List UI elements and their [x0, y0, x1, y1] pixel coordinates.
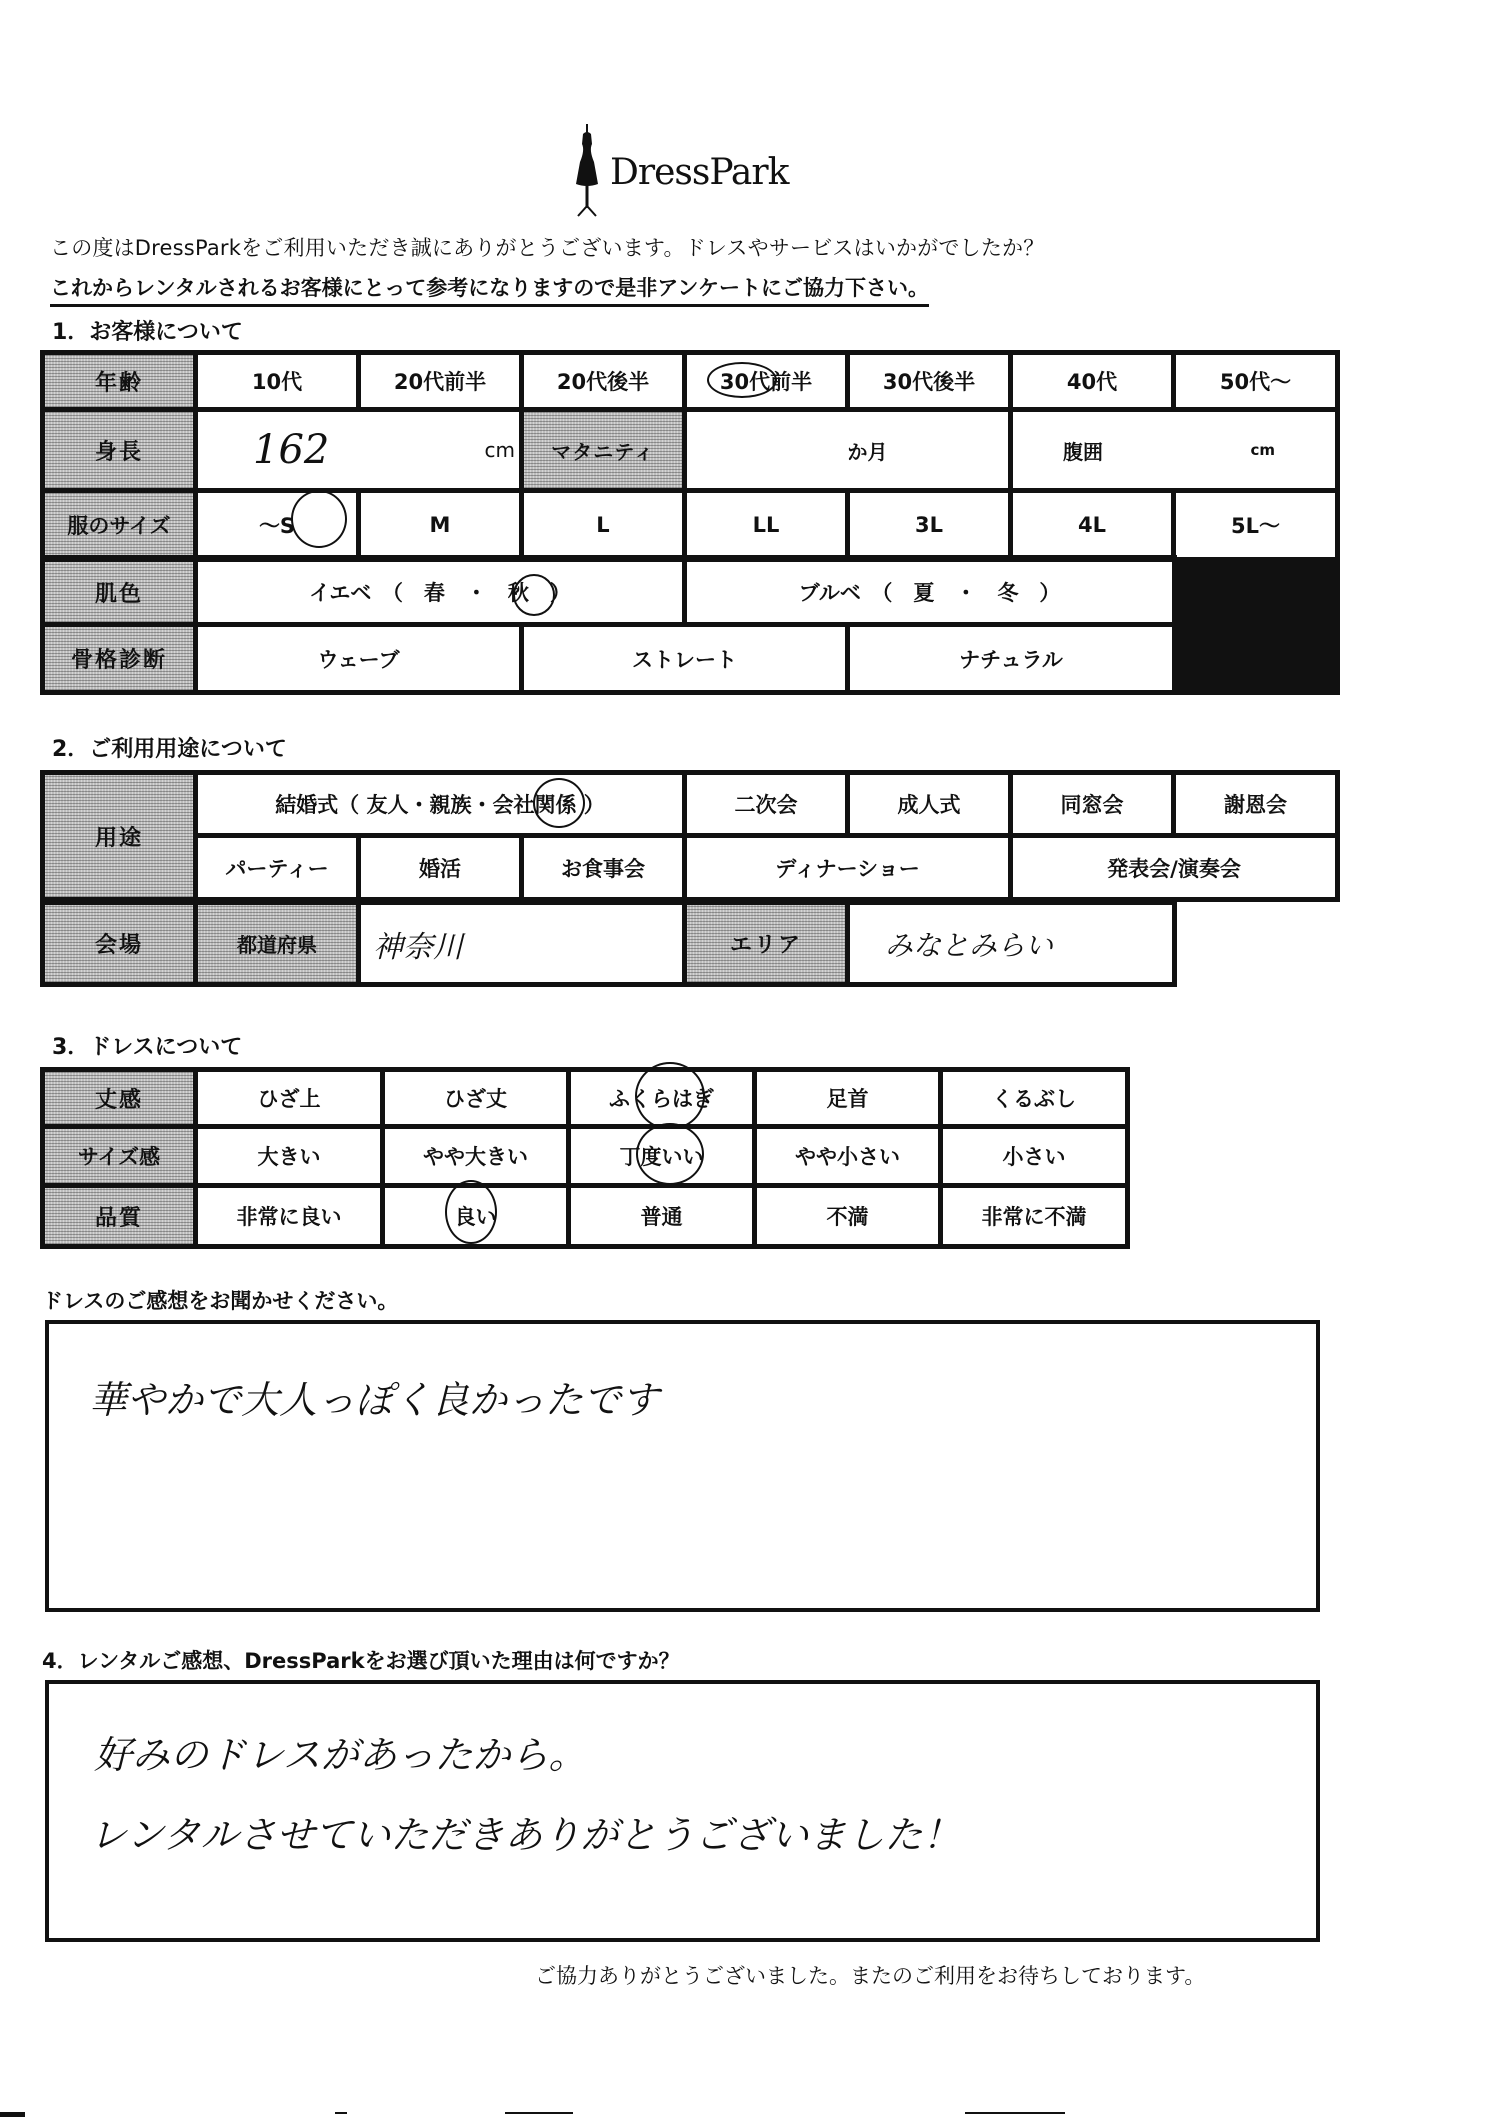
fit-option-slightly-small[interactable]: やや小さい — [757, 1129, 938, 1183]
quality-option-good[interactable]: 良い — [385, 1188, 566, 1244]
quality-option-average[interactable]: 普通 — [571, 1188, 752, 1244]
purpose-wedding[interactable]: 結婚式（ 友人・親族・会社関係 ） — [198, 775, 682, 833]
age-option-late-30s[interactable]: 30代後半 — [850, 355, 1008, 407]
skin-blue-base[interactable]: ブルベ （ 夏 ・ 冬 ） — [687, 562, 1172, 622]
waist-unit: cm — [1250, 441, 1275, 459]
fit-option-just-right[interactable]: 丁度いい — [571, 1129, 752, 1183]
length-label: 丈感 — [45, 1072, 193, 1124]
size-option-5l-plus[interactable]: 5L～ — [1176, 493, 1335, 557]
area-field[interactable]: みなとみらい — [850, 905, 1172, 982]
age-option-early-20s[interactable]: 20代前半 — [361, 355, 519, 407]
height-field[interactable]: 162 cm — [198, 412, 519, 488]
scan-artifact — [0, 2112, 25, 2117]
fit-option-large[interactable]: 大きい — [198, 1129, 380, 1183]
height-label: 身長 — [45, 412, 193, 488]
footer-thanks: ご協力ありがとうございました。またのご利用をお待ちしております。 — [535, 1960, 1205, 1990]
maternity-months-field[interactable]: か月 — [687, 412, 1008, 488]
section2-title: 2．ご利用用途について — [52, 732, 287, 763]
purpose-reunion[interactable]: 同窓会 — [1013, 775, 1171, 833]
reason-answer-line1: 好みのドレスがあったから。 — [94, 1724, 586, 1779]
fit-option-small[interactable]: 小さい — [943, 1129, 1125, 1183]
purpose-thank-you-party[interactable]: 謝恩会 — [1176, 775, 1335, 833]
reason-answer-line2: レンタルさせていただきありがとうございました！ — [89, 1804, 961, 1859]
skin-yellow-base[interactable]: イエベ （ 春 ・ 秋 ） — [198, 562, 682, 622]
section4-title: 4．レンタルご感想、DressParkをお選び頂いた理由は何ですか？ — [42, 1645, 680, 1675]
prefecture-label: 都道府県 — [198, 905, 356, 982]
dress-mannequin-icon — [570, 122, 604, 222]
quality-option-very-good[interactable]: 非常に良い — [198, 1188, 380, 1244]
length-option-malleolus[interactable]: くるぶし — [943, 1072, 1125, 1124]
size-option-l[interactable]: L — [524, 493, 682, 557]
age-label: 年齢 — [45, 355, 193, 407]
height-unit: cm — [485, 438, 515, 462]
purpose-dinner[interactable]: お食事会 — [524, 838, 682, 897]
quality-option-very-dissatisfied[interactable]: 非常に不満 — [943, 1188, 1125, 1244]
area-value: みなとみらい — [885, 924, 1053, 964]
age-option-40s[interactable]: 40代 — [1013, 355, 1171, 407]
skeleton-option-straight[interactable]: ストレート — [524, 627, 845, 690]
length-option-above-knee[interactable]: ひざ上 — [198, 1072, 380, 1124]
section1-title: 1．お客様について — [52, 315, 243, 346]
age-option-50s-plus[interactable]: 50代～ — [1176, 355, 1335, 407]
size-option-3l[interactable]: 3L — [850, 493, 1008, 557]
quality-label: 品質 — [45, 1188, 193, 1244]
intro-text: この度はDressParkをご利用いただき誠にありがとうございます。ドレスやサー… — [50, 232, 1044, 262]
impression-textbox[interactable]: 華やかで大人っぽく良かったです — [45, 1320, 1320, 1612]
waist-label: 腹囲 — [1063, 436, 1103, 465]
quality-option-dissatisfied[interactable]: 不満 — [757, 1188, 938, 1244]
waist-field[interactable]: 腹囲 cm — [1013, 412, 1335, 488]
scan-artifact — [505, 2112, 573, 2114]
brand-name: DressPark — [610, 152, 788, 193]
skin-label: 肌色 — [45, 562, 193, 622]
age-option-10s[interactable]: 10代 — [198, 355, 356, 407]
size-label: 服のサイズ — [45, 493, 193, 557]
skeleton-label: 骨格診断 — [45, 627, 193, 690]
scan-artifact — [965, 2112, 1065, 2114]
skeleton-option-wave[interactable]: ウェーブ — [198, 627, 519, 690]
size-option-m[interactable]: M — [361, 493, 519, 557]
fit-option-slightly-large[interactable]: やや大きい — [385, 1129, 566, 1183]
purpose-after-party[interactable]: 二次会 — [687, 775, 845, 833]
length-option-ankle[interactable]: 足首 — [757, 1072, 938, 1124]
age-option-late-20s[interactable]: 20代後半 — [524, 355, 682, 407]
purpose-coming-of-age[interactable]: 成人式 — [850, 775, 1008, 833]
age-option-early-30s[interactable]: 30代前半 — [687, 355, 845, 407]
impression-answer: 華やかで大人っぽく良かったです — [89, 1369, 659, 1424]
prefecture-field[interactable]: 神奈川 — [361, 905, 682, 982]
purpose-dinner-show[interactable]: ディナーショー — [687, 838, 1008, 897]
dresspark-logo: DressPark — [570, 122, 810, 222]
height-value: 162 — [253, 427, 329, 473]
prefecture-value: 神奈川 — [373, 922, 463, 966]
purpose-matchmaking[interactable]: 婚活 — [361, 838, 519, 897]
maternity-label: マタニティ — [524, 412, 682, 488]
size-option-4l[interactable]: 4L — [1013, 493, 1171, 557]
purpose-label: 用途 — [45, 775, 193, 897]
skeleton-option-natural[interactable]: ナチュラル — [850, 627, 1172, 690]
impression-prompt: ドレスのご感想をお聞かせください。 — [42, 1285, 398, 1315]
maternity-months-unit: か月 — [848, 436, 888, 465]
size-option-ll[interactable]: LL — [687, 493, 845, 557]
reason-textbox[interactable]: 好みのドレスがあったから。 レンタルさせていただきありがとうございました！ — [45, 1680, 1320, 1942]
venue-label: 会場 — [45, 905, 193, 982]
length-option-knee[interactable]: ひざ丈 — [385, 1072, 566, 1124]
fit-label: サイズ感 — [45, 1129, 193, 1183]
section3-title: 3．ドレスについて — [52, 1030, 242, 1061]
length-option-calf[interactable]: ふくらはぎ — [571, 1072, 752, 1124]
area-label: エリア — [687, 905, 845, 982]
purpose-recital[interactable]: 発表会/演奏会 — [1013, 838, 1335, 897]
size-option-s[interactable]: ～S — [198, 493, 356, 557]
purpose-party[interactable]: パーティー — [198, 838, 356, 897]
scan-artifact — [335, 2112, 347, 2114]
intro-request: これからレンタルされるお客様にとって参考になりますので是非アンケートにご協力下さ… — [50, 272, 929, 307]
